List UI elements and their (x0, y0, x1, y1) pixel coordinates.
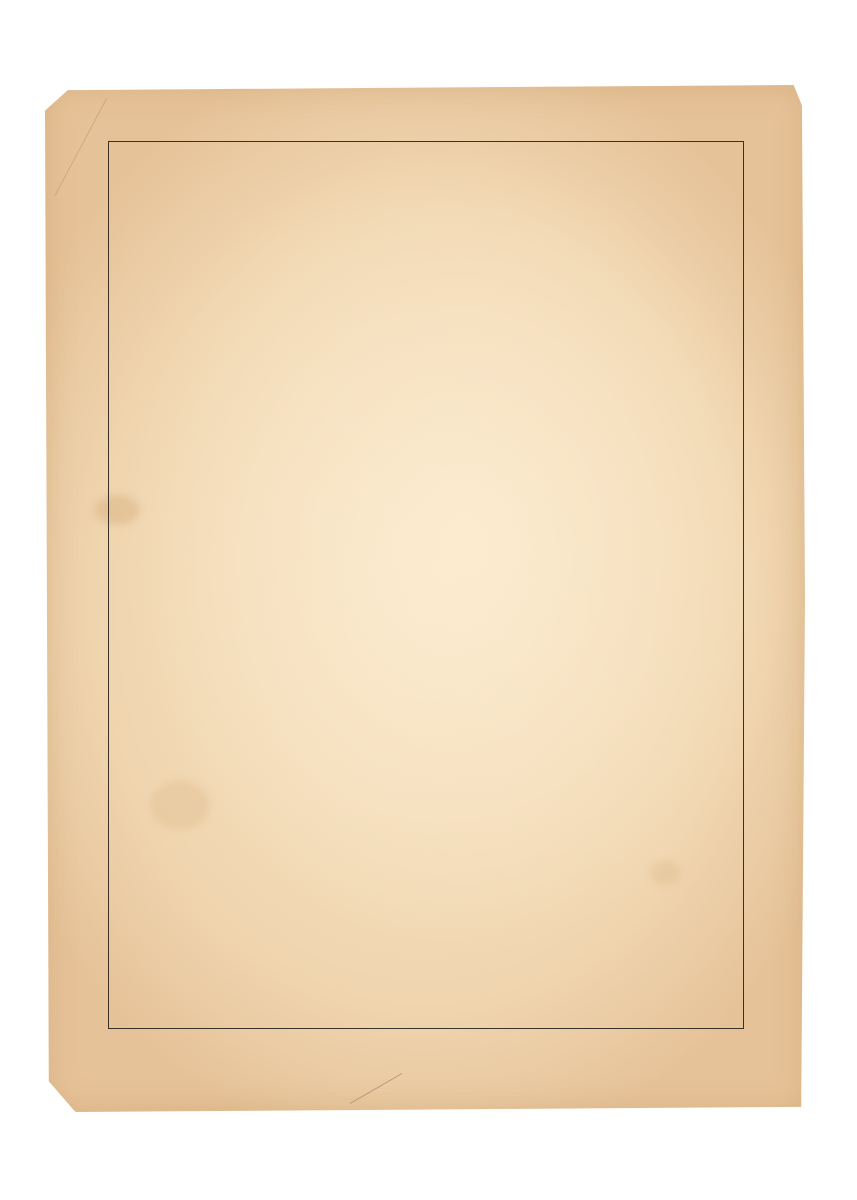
ruled-frame (108, 141, 744, 1029)
